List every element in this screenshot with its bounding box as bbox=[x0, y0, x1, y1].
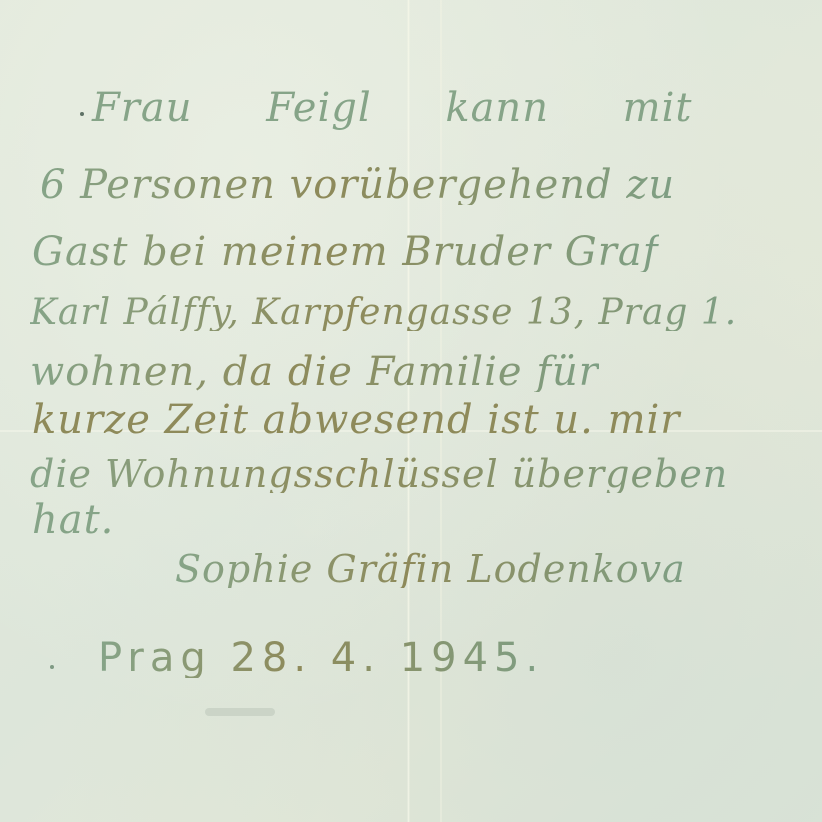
letter-line-6: kurze Zeit abwesend ist u. mir bbox=[32, 400, 680, 440]
letter-line-2: 6 Personen vorübergehend zu bbox=[40, 165, 675, 205]
letter-line-8: hat. bbox=[32, 500, 114, 540]
letter-line-1: Frau Feigl kann mit bbox=[92, 88, 692, 128]
letter-line-3: Gast bei meinem Bruder Graf bbox=[32, 232, 659, 272]
ink-dot bbox=[80, 112, 84, 116]
ink-mark bbox=[50, 665, 54, 669]
letter-line-7: die Wohnungsschlüssel übergeben bbox=[30, 455, 728, 493]
letter-line-5: wohnen, da die Familie für bbox=[30, 352, 599, 392]
signature: Sophie Gräfin Lodenkova bbox=[175, 550, 686, 588]
ink-smudge bbox=[205, 708, 275, 716]
place-date: Prag 28. 4. 1945. bbox=[98, 638, 544, 678]
letter-paper: Frau Feigl kann mit 6 Personen vorüberge… bbox=[0, 0, 822, 822]
letter-line-4: Karl Pálffy, Karpfengasse 13, Prag 1. bbox=[30, 295, 737, 331]
